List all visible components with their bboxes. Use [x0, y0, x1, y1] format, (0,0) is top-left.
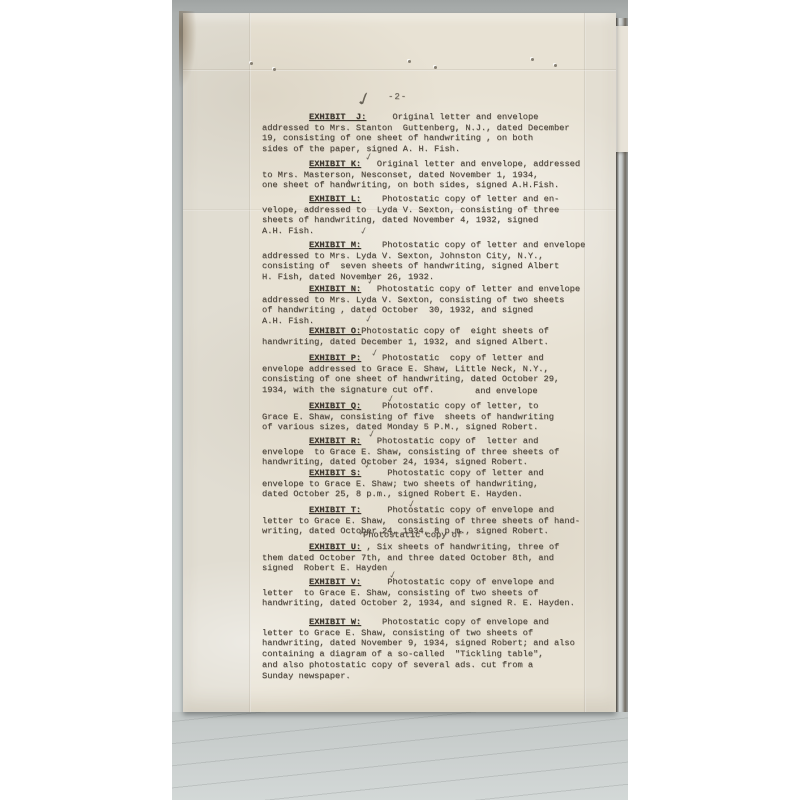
exhibit-line: and also photostatic copy of several ads…	[262, 660, 602, 671]
exhibit-label: EXHIBIT Q:	[309, 401, 361, 411]
exhibit-line: letter to Grace E. Shaw, consisting of t…	[262, 588, 602, 599]
exhibit-line: signed Robert E. Hayden	[262, 563, 602, 574]
exhibit-line: Grace E. Shaw, consisting of five sheets…	[262, 412, 602, 423]
exhibit-line: one sheet of handwriting, on both sides,…	[262, 180, 602, 191]
exhibit-line: 19, consisting of one sheet of handwriti…	[262, 133, 602, 144]
exhibit-line: addressed to Mrs. Stanton Guttenberg, N.…	[262, 123, 602, 134]
document-photo: -2- EXHIBIT J: Original letter and envel…	[172, 0, 628, 800]
typed-insertion: and envelope	[475, 386, 538, 397]
exhibit-first-line-text: Photostatic copy of envelope and	[361, 617, 549, 627]
exhibit-paragraph-M: EXHIBIT M: Photostatic copy of letter an…	[262, 240, 602, 283]
exhibit-line: to Mrs. Masterson, Nesconset, dated Nove…	[262, 170, 602, 181]
exhibit-first-line: EXHIBIT W: Photostatic copy of envelope …	[262, 617, 602, 628]
exhibit-paragraph-L: EXHIBIT L: Photostatic copy of letter an…	[262, 194, 602, 237]
pinhole	[273, 68, 276, 71]
exhibit-first-line: EXHIBIT O:Photostatic copy of eight shee…	[262, 326, 602, 337]
exhibit-label: EXHIBIT S:	[309, 468, 361, 478]
exhibit-line: Sunday newspaper.	[262, 671, 602, 682]
exhibit-line: consisting of one sheet of handwriting, …	[262, 374, 602, 385]
exhibit-label: EXHIBIT N:	[309, 284, 361, 294]
exhibit-label: EXHIBIT M:	[309, 240, 361, 250]
exhibit-first-line-text: Photostatic copy of letter and	[361, 436, 538, 446]
exhibit-line: A.H. Fish.	[262, 226, 602, 237]
exhibit-line: of various sizes, dated Monday 5 P.M., s…	[262, 422, 602, 433]
exhibit-first-line-text: Original letter and envelope, addressed	[361, 159, 580, 169]
exhibit-first-line: EXHIBIT R: Photostatic copy of letter an…	[262, 436, 602, 447]
exhibit-line: 1934, with the signature cut off.	[262, 385, 602, 396]
exhibit-line: consisting of seven sheets of handwritin…	[262, 261, 602, 272]
exhibit-label: EXHIBIT P:	[309, 353, 361, 363]
exhibit-first-line: EXHIBIT T: Photostatic copy of envelope …	[262, 505, 602, 516]
exhibit-first-line-text: Photostatic copy of envelope and	[361, 505, 554, 515]
exhibit-line: velope, addressed to Lyda V. Sexton, con…	[262, 205, 602, 216]
exhibit-first-line: EXHIBIT M: Photostatic copy of letter an…	[262, 240, 602, 251]
exhibit-first-line: EXHIBIT K: Original letter and envelope,…	[262, 159, 602, 170]
exhibit-first-line: EXHIBIT V: Photostatic copy of envelope …	[262, 577, 602, 588]
exhibit-paragraph-W: EXHIBIT W: Photostatic copy of envelope …	[262, 617, 602, 681]
exhibit-paragraph-O: EXHIBIT O:Photostatic copy of eight shee…	[262, 326, 602, 347]
exhibit-line: envelope addressed to Grace E. Shaw, Lit…	[262, 364, 602, 375]
pencil-checkmark-icon: ✓	[354, 90, 375, 108]
exhibit-label: EXHIBIT J:	[309, 112, 366, 122]
exhibit-line: addressed to Mrs. Lyda V. Sexton, consis…	[262, 295, 602, 306]
exhibit-first-line: EXHIBIT J: Original letter and envelope	[262, 112, 602, 123]
exhibit-first-line-text: Photostatic copy of letter and	[361, 468, 543, 478]
exhibit-line: envelope to Grace E. Shaw; two sheets of…	[262, 479, 602, 490]
exhibit-line: addressed to Mrs. Lyda V. Sexton, Johnst…	[262, 251, 602, 262]
exhibit-line: handwriting, dated November 9, 1934, sig…	[262, 638, 602, 649]
exhibit-paragraph-V: EXHIBIT V: Photostatic copy of envelope …	[262, 577, 602, 609]
exhibit-line: containing a diagram of a so-called "Tic…	[262, 649, 602, 660]
exhibit-first-line: EXHIBIT U: , Six sheets of handwriting, …	[262, 542, 602, 553]
pinhole	[531, 58, 534, 61]
exhibit-label: EXHIBIT R:	[309, 436, 361, 446]
exhibit-first-line: EXHIBIT N: Photostatic copy of letter an…	[262, 284, 602, 295]
exhibit-label: EXHIBIT O:	[309, 326, 361, 336]
exhibit-first-line: EXHIBIT S: Photostatic copy of letter an…	[262, 468, 602, 479]
exhibit-label: EXHIBIT L:	[309, 194, 361, 204]
exhibit-label: EXHIBIT W:	[309, 617, 361, 627]
exhibit-line: sheets of handwriting, dated November 4,…	[262, 215, 602, 226]
exhibit-line: them dated October 7th, and three dated …	[262, 553, 602, 564]
pinhole	[408, 60, 411, 63]
exhibit-first-line-text: Photostatic copy of letter and envelope	[361, 284, 580, 294]
exhibit-first-line-text: Photostatic copy of letter and envelope	[361, 240, 585, 250]
pinhole	[250, 62, 253, 65]
page-number: -2-	[388, 92, 407, 103]
exhibit-first-line-text: Original letter and envelope	[366, 112, 538, 122]
exhibit-line: handwriting, dated October 24, 1934, sig…	[262, 457, 602, 468]
exhibit-paragraph-J: EXHIBIT J: Original letter and envelopea…	[262, 112, 602, 155]
exhibit-line: handwriting, dated December 1, 1932, and…	[262, 337, 602, 348]
exhibit-paragraph-R: EXHIBIT R: Photostatic copy of letter an…	[262, 436, 602, 468]
exhibit-first-line-text: Photostatic copy of letter and	[361, 353, 543, 363]
exhibit-first-line-text: , Six sheets of handwriting, three of	[361, 542, 559, 552]
exhibit-label: EXHIBIT V:	[309, 577, 361, 587]
exhibit-line: of handwriting , dated October 30, 1932,…	[262, 305, 602, 316]
exhibit-line: H. Fish, dated November 26, 1932.	[262, 272, 602, 283]
exhibit-paragraph-Q: EXHIBIT Q: Photostatic copy of letter, t…	[262, 401, 602, 433]
exhibit-first-line-text: Photostatic copy of letter and en-	[361, 194, 559, 204]
exhibit-label: EXHIBIT K:	[309, 159, 361, 169]
exhibit-line: letter to Grace E. Shaw, consisting of t…	[262, 628, 602, 639]
exhibit-line: sides of the paper, signed A. H. Fish.	[262, 144, 602, 155]
exhibit-first-line: EXHIBIT P: Photostatic copy of letter an…	[262, 353, 602, 364]
exhibit-paragraph-N: EXHIBIT N: Photostatic copy of letter an…	[262, 284, 602, 327]
pinhole	[434, 66, 437, 69]
pinhole	[554, 64, 557, 67]
exhibit-line: dated October 25, 8 p.m., signed Robert …	[262, 489, 602, 500]
photo-backdrop: -2- EXHIBIT J: Original letter and envel…	[0, 0, 800, 800]
exhibit-first-line-text: Photostatic copy of eight sheets of	[361, 326, 549, 336]
exhibit-label: EXHIBIT T:	[309, 505, 361, 515]
exhibit-paragraph-U: EXHIBIT U: , Six sheets of handwriting, …	[262, 542, 602, 574]
exhibit-line: letter to Grace E. Shaw, consisting of t…	[262, 516, 602, 527]
exhibit-paragraph-K: EXHIBIT K: Original letter and envelope,…	[262, 159, 602, 191]
exhibit-paragraph-P: EXHIBIT P: Photostatic copy of letter an…	[262, 353, 602, 396]
exhibit-paragraph-S: EXHIBIT S: Photostatic copy of letter an…	[262, 468, 602, 500]
typed-insertion: Photostatic copy of	[363, 530, 462, 541]
typed-text-layer: -2- EXHIBIT J: Original letter and envel…	[172, 0, 628, 800]
exhibit-line: envelope to Grace E. Shaw, consisting of…	[262, 447, 602, 458]
exhibit-first-line: EXHIBIT L: Photostatic copy of letter an…	[262, 194, 602, 205]
exhibit-line: handwriting, dated October 2, 1934, and …	[262, 598, 602, 609]
exhibit-label: EXHIBIT U:	[309, 542, 361, 552]
exhibit-first-line: EXHIBIT Q: Photostatic copy of letter, t…	[262, 401, 602, 412]
